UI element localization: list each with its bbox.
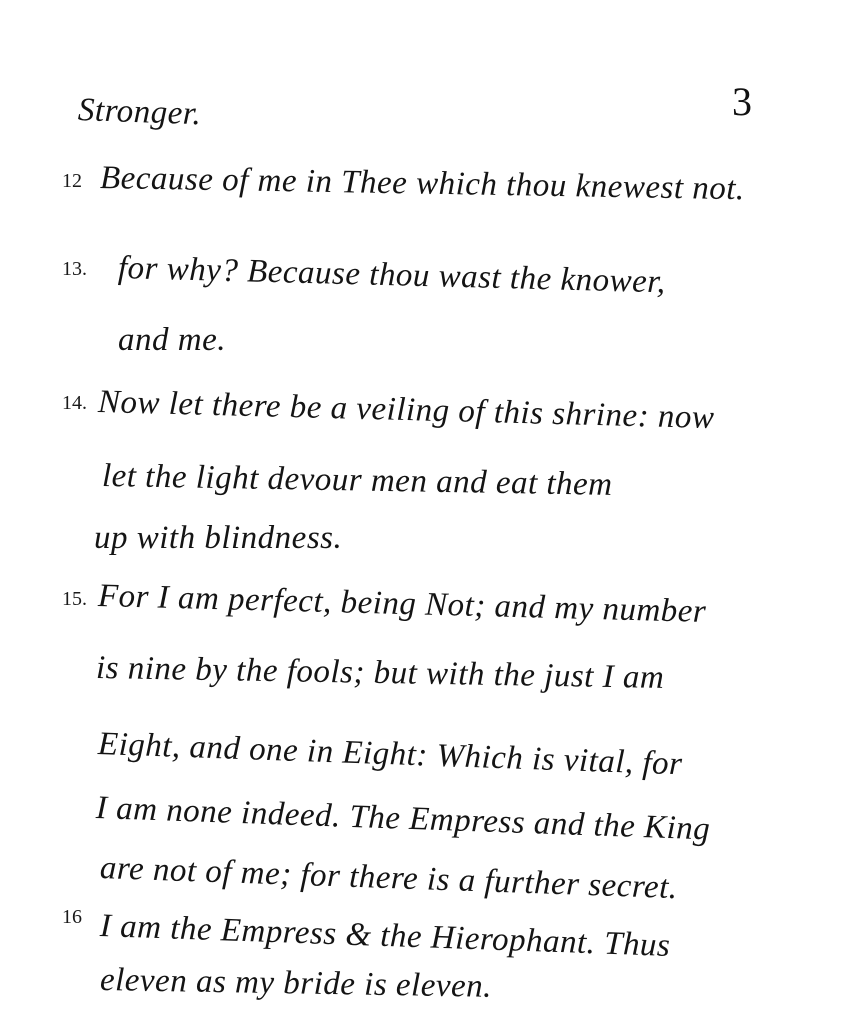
- verse-14-line-2: let the light devour men and eat them: [102, 458, 613, 504]
- verse-15-line-4: I am none indeed. The Empress and the Ki…: [95, 790, 711, 848]
- manuscript-page: 3 Stronger. 12 Because of me in Thee whi…: [0, 0, 857, 1024]
- verse-15-line-3: Eight, and one in Eight: Which is vital,…: [97, 726, 683, 783]
- verse-13-line-2: and me.: [118, 322, 226, 359]
- verse-number-15: 15.: [62, 588, 87, 611]
- verse-number-13: 13.: [62, 258, 87, 281]
- verse-13-line-1: for why? Because thou wast the knower,: [118, 250, 667, 301]
- header-fragment: Stronger.: [77, 92, 202, 133]
- verse-number-12: 12: [62, 170, 82, 193]
- verse-15-line-2: is nine by the fools; but with the just …: [96, 650, 665, 697]
- verse-12-line-1: Because of me in Thee which thou knewest…: [100, 160, 745, 208]
- verse-14-line-3: up with blindness.: [94, 520, 342, 557]
- verse-number-16: 16: [62, 906, 82, 929]
- verse-16-line-2: eleven as my bride is eleven.: [100, 962, 493, 1006]
- verse-15-line-1: For I am perfect, being Not; and my numb…: [98, 578, 707, 631]
- verse-number-14: 14.: [62, 392, 87, 415]
- page-number: 3: [732, 78, 752, 125]
- verse-14-line-1: Now let there be a veiling of this shrin…: [98, 384, 715, 437]
- verse-16-line-1: I am the Empress & the Hierophant. Thus: [99, 908, 671, 965]
- verse-15-line-5: are not of me; for there is a further se…: [99, 850, 678, 907]
